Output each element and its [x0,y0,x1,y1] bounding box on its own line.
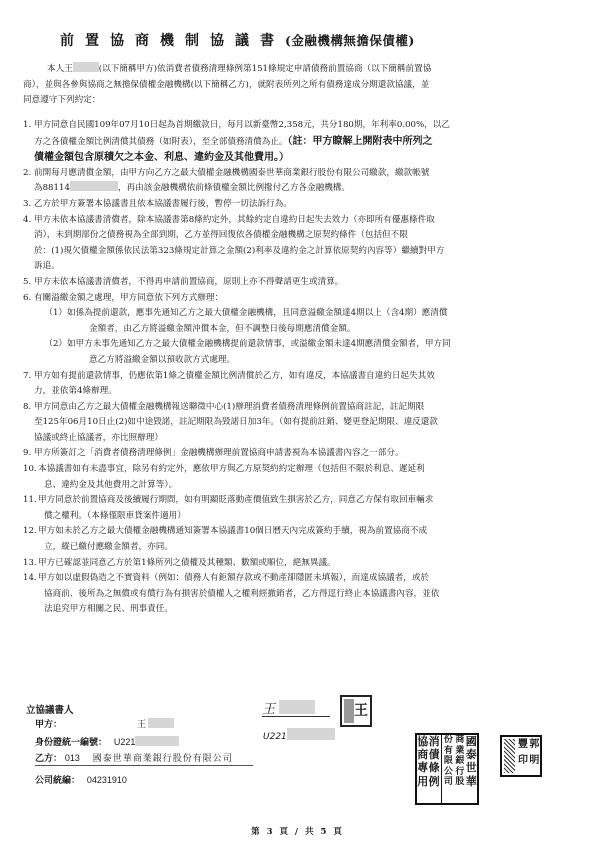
clause-text: 甲方同意由乙方之最大債權金融機構報送聯徵中心(1)辦理消費者債務清理條例前置協商… [34,400,583,416]
bank-code: 013 [65,753,80,763]
clause-5: 5. 甲方未依本協議書清償者，不得再申請前置協商，原則上亦不得聲請更生或清算。 [23,275,583,291]
seal-column: 國泰世華 [466,735,477,803]
clause-number: 4. [23,213,31,229]
company-id-row: 公司統編： 04231910 [35,773,127,786]
clause-text: 如係為提前還款，應事先通知乙方之最大債權金融機構，且同意溢繳金額達4期以上（含4… [67,308,447,318]
clause-text: 甲方未依本協議書清償者，不得再申請前置協商，原則上亦不得聲請更生或清算。 [34,275,583,291]
clause-number: 12. [23,524,37,540]
clause-number: 13. [23,556,37,572]
stamp-column: 郭明 [529,737,540,775]
clause-text: 訴追。 [34,259,583,275]
clause-14: 14. 甲方如以虛假偽造之不實資料（例如：債務人有鉅額存款或不動產卻隱匿未填報）… [23,571,583,618]
redacted-signature [279,700,315,714]
account-number: 為88114 [34,183,70,193]
party-b-label: 乙方： [35,754,62,764]
clause-note: （註：甲方瞭解上開附表中所列之 [288,136,433,147]
clause-text: 意乙方將溢繳金額以預收款方式處理。 [23,353,583,369]
clause-number: 3. [23,197,31,213]
document-page: 前置協商機制協議書(金融機構無擔保債權) 本人王(以下簡稱甲方)依消費者債務清理… [0,0,595,842]
seal-redaction [344,699,354,723]
clause-number: 1. [23,118,31,134]
clause-number: 11. [23,493,37,509]
sub-item-number: （1） [23,306,67,322]
clause-text: 消），未到期部份之債務視為全部到期，乙方並得回復依各債權金融機構之原契約條件（包… [34,228,583,244]
party-a-label: 甲方： [35,720,62,730]
clause-text: 乙方於甲方簽署本協議書且依本協議書履行後，暫停一切法訴行為。 [34,197,583,213]
clause-text: 如甲方未事先通知乙方之最大債權金融機構提前還款情事，或溢繳金額未達4期應清償金額… [67,339,451,349]
seal-column: 協商專用 [417,735,428,803]
clause-text: 甲方如未於乙方之最大債權金融機構通知簽署本協議書10個日曆天內完成簽約手續，視為… [38,524,583,540]
signatories-heading: 立協議書人 [26,702,74,716]
clause-number: 14. [23,571,37,587]
clause-text: 甲方如以虛假偽造之不實資料（例如：債務人有鉅額存款或不動產卻隱匿未填報），而達成… [38,571,583,587]
clause-text: 息、違約金及其他費用之計算等）。 [38,478,583,494]
redacted-id [287,728,335,740]
clause-text: 甲方如有提前還款情事，仍應依第1條之債權金額比例清償於乙方，如有違反，本協議書自… [34,369,583,385]
stamp-column: 豐印 [517,737,528,775]
party-a-row: 甲方： [35,717,62,730]
bank-seal-stamp: 國泰世華 商業銀行股 份有限公司 消債條例 協商專用 [415,733,479,805]
intro-text: 商），並與各參與協商之無擔保債權金融機構(以下簡稱乙方)，就附表所列之所有債務達… [23,78,578,94]
redacted-id [135,736,179,746]
clause-2: 2. 前開每月應清償金額，由甲方向乙方之最大債權金融機構國泰世華商業銀行股份有限… [23,166,583,197]
handwritten-id: U221 [263,728,335,742]
clause-8: 8. 甲方同意由乙方之最大債權金融機構報送聯徵中心(1)辦理消費者債務清理條例前… [23,400,583,447]
party-a-name-text: 王 [137,720,146,730]
clause-text: 金額者，由乙方將溢繳金額沖償本金，但不調整日後每期應清償金額。 [23,322,583,338]
id-number-value: U221 [114,737,136,747]
id-number-label: 身份證統一編號： [35,738,107,748]
redacted-name [73,62,99,72]
clause-text: 甲方同意自民國109年07月10日起為首期繳款日，每月以新臺幣2,358元，共分… [34,118,583,134]
clause-number: 2. [23,166,31,182]
document-title: 前置協商機制協議書(金融機構無擔保債權) [60,30,540,50]
company-id-value: 04231910 [87,775,127,785]
intro-text: 同意遵守下列約定： [23,93,578,109]
id-number-row: 身份證統一編號： U221 [35,735,179,748]
clause-7: 7. 甲方如有提前還款情事，仍應依第1條之債權金額比例清償於乙方，如有違反，本協… [23,369,583,400]
bank-name: 國泰世華商業銀行股份有限公司 [93,754,233,764]
clause-text: 有關溢繳金額之處理，甲方同意依下列方式辦理： [34,291,583,307]
clause-text: 立，縱已繳付應繳金額者，亦同。 [38,540,583,556]
clause-10: 10. 本協議書如有未盡事宜，除另有約定外，應依甲方與乙方原契約約定辦理（包括但… [23,462,583,493]
party-b-row: 乙方： 013 國泰世華商業銀行股份有限公司 [35,751,253,766]
clause-text: 至125年06月10日止(2)如中途毀諾，註記期限為毀諾日加3年。（如有提前註銷… [34,415,583,431]
clause-note: 債權金額包含原積欠之本金、利息、違約金及其他費用。） [34,150,583,166]
stamp-texture [504,739,515,773]
signature-text: 王 [262,702,275,717]
title-main: 前置協商機制協議書 [60,33,285,49]
clause-text: 甲方已確認並同意乙方於第1條所列之債權及其種類、數額或順位，絕無異議。 [38,556,583,572]
clause-text: 力，並依第4條辦理。 [34,384,583,400]
seal-column: 消債條例 [428,735,439,803]
clause-number: 8. [23,400,31,416]
clause-text: 甲方未依本協議書清償者，除本協議書第8條約定外，其餘約定自違約日起失去效力（亦即… [34,213,583,229]
page-number: 第 3 頁 / 共 5 頁 [0,825,595,837]
representative-stamp: 郭明 豐印 [500,735,542,777]
handwritten-id-text: U221 [263,732,287,742]
seal-text: 王 [354,703,368,719]
clauses-list: 1. 甲方同意自民國109年07月10日起為首期繳款日，每月以新臺幣2,358元… [23,118,583,618]
clause-text: 償之權利。（本條僅限車貸案件適用） [38,509,583,525]
clause-12: 12. 甲方如未於乙方之最大債權金融機構通知簽署本協議書10個日曆天內完成簽約手… [23,524,583,555]
seal-column: 商業銀行股 [454,735,465,803]
company-id-label: 公司統編： [35,776,80,786]
personal-seal: 王 [340,695,372,727]
clause-4: 4. 甲方未依本協議書清償者，除本協議書第8條約定外，其餘約定自違約日起失去效力… [23,213,583,275]
clause-text: 方之各債權金額比例清償其債務（如附表），至全部債務清償為止。 [34,137,288,147]
clause-3: 3. 乙方於甲方簽署本協議書且依本協議書履行後，暫停一切法訴行為。 [23,197,583,213]
sub-item-number: （2） [23,337,67,353]
redacted-account [70,181,118,191]
clause-text: 前開每月應清償金額，由甲方向乙方之最大債權金融機構國泰世華商業銀行股份有限公司繳… [34,166,583,182]
clause-text: 甲方同意於前置協商及後續履行期間，如有明顯貶落動產價值致生損害於乙方，同意乙方保… [38,493,583,509]
title-subtitle: (金融機構無擔保債權) [285,33,415,48]
clause-11: 11. 甲方同意於前置協商及後續履行期間，如有明顯貶落動產價值致生損害於乙方，同… [23,493,583,524]
clause-text: 甲方所簽訂之「消費者債務清理條例」金融機構辦理前置協商申請書視為本協議書內容之一… [34,446,583,462]
clause-6-item-1: （1）如係為提前還款，應事先通知乙方之最大債權金融機構，且同意溢繳金額達4期以上… [23,306,583,337]
clause-9: 9. 甲方所簽訂之「消費者債務清理條例」金融機構辦理前置協商申請書視為本協議書內… [23,446,583,462]
clause-text: ，再由該金融機構依前條債權金額比例撥付乙方各金融機構。 [118,183,350,193]
clause-number: 5. [23,275,31,291]
seal-divider [441,735,442,803]
clause-text: 於：(1)現欠債權金額係依民法第323條規定計算之金額(2)利率及違約金之計算依… [34,244,583,260]
clause-number: 6. [23,291,31,307]
handwritten-signature: 王 [262,698,330,717]
clause-text: 本協議書如有未盡事宜，除另有約定外，應依甲方與乙方原契約約定辦理（包括但不限於利… [38,462,583,478]
clause-number: 7. [23,369,31,385]
seal-column: 份有限公司 [443,735,454,803]
clause-number: 9. [23,446,31,462]
party-a-name: 王 [137,717,174,730]
clause-6: 6. 有關溢繳金額之處理，甲方同意依下列方式辦理： [23,291,583,307]
intro-text: 本人王 [47,64,73,74]
clause-text: 法追究甲方相關之民、刑事責任。 [38,602,583,618]
clause-text: 協商前、後所為之無償或有償行為有損害於債權人之權利經撤銷者，乙方得逕行終止本協議… [38,587,583,603]
intro-paragraph: 本人王(以下簡稱甲方)依消費者債務清理條例第151條規定申請債務前置協商（以下簡… [23,62,578,109]
clause-text: 協議或終止協議者，亦比照辦理） [34,431,583,447]
clause-13: 13. 甲方已確認並同意乙方於第1條所列之債權及其種類、數額或順位，絕無異議。 [23,556,583,572]
intro-text: (以下簡稱甲方)依消費者債務清理條例第151條規定申請債務前置協商（以下簡稱前置… [99,64,432,74]
clause-6-item-2: （2）如甲方未事先通知乙方之最大債權金融機構提前還款情事，或溢繳金額未達4期應清… [23,337,583,368]
redacted-name [148,718,174,728]
clause-1: 1. 甲方同意自民國109年07月10日起為首期繳款日，每月以新臺幣2,358元… [23,118,583,166]
clause-number: 10. [23,462,37,478]
